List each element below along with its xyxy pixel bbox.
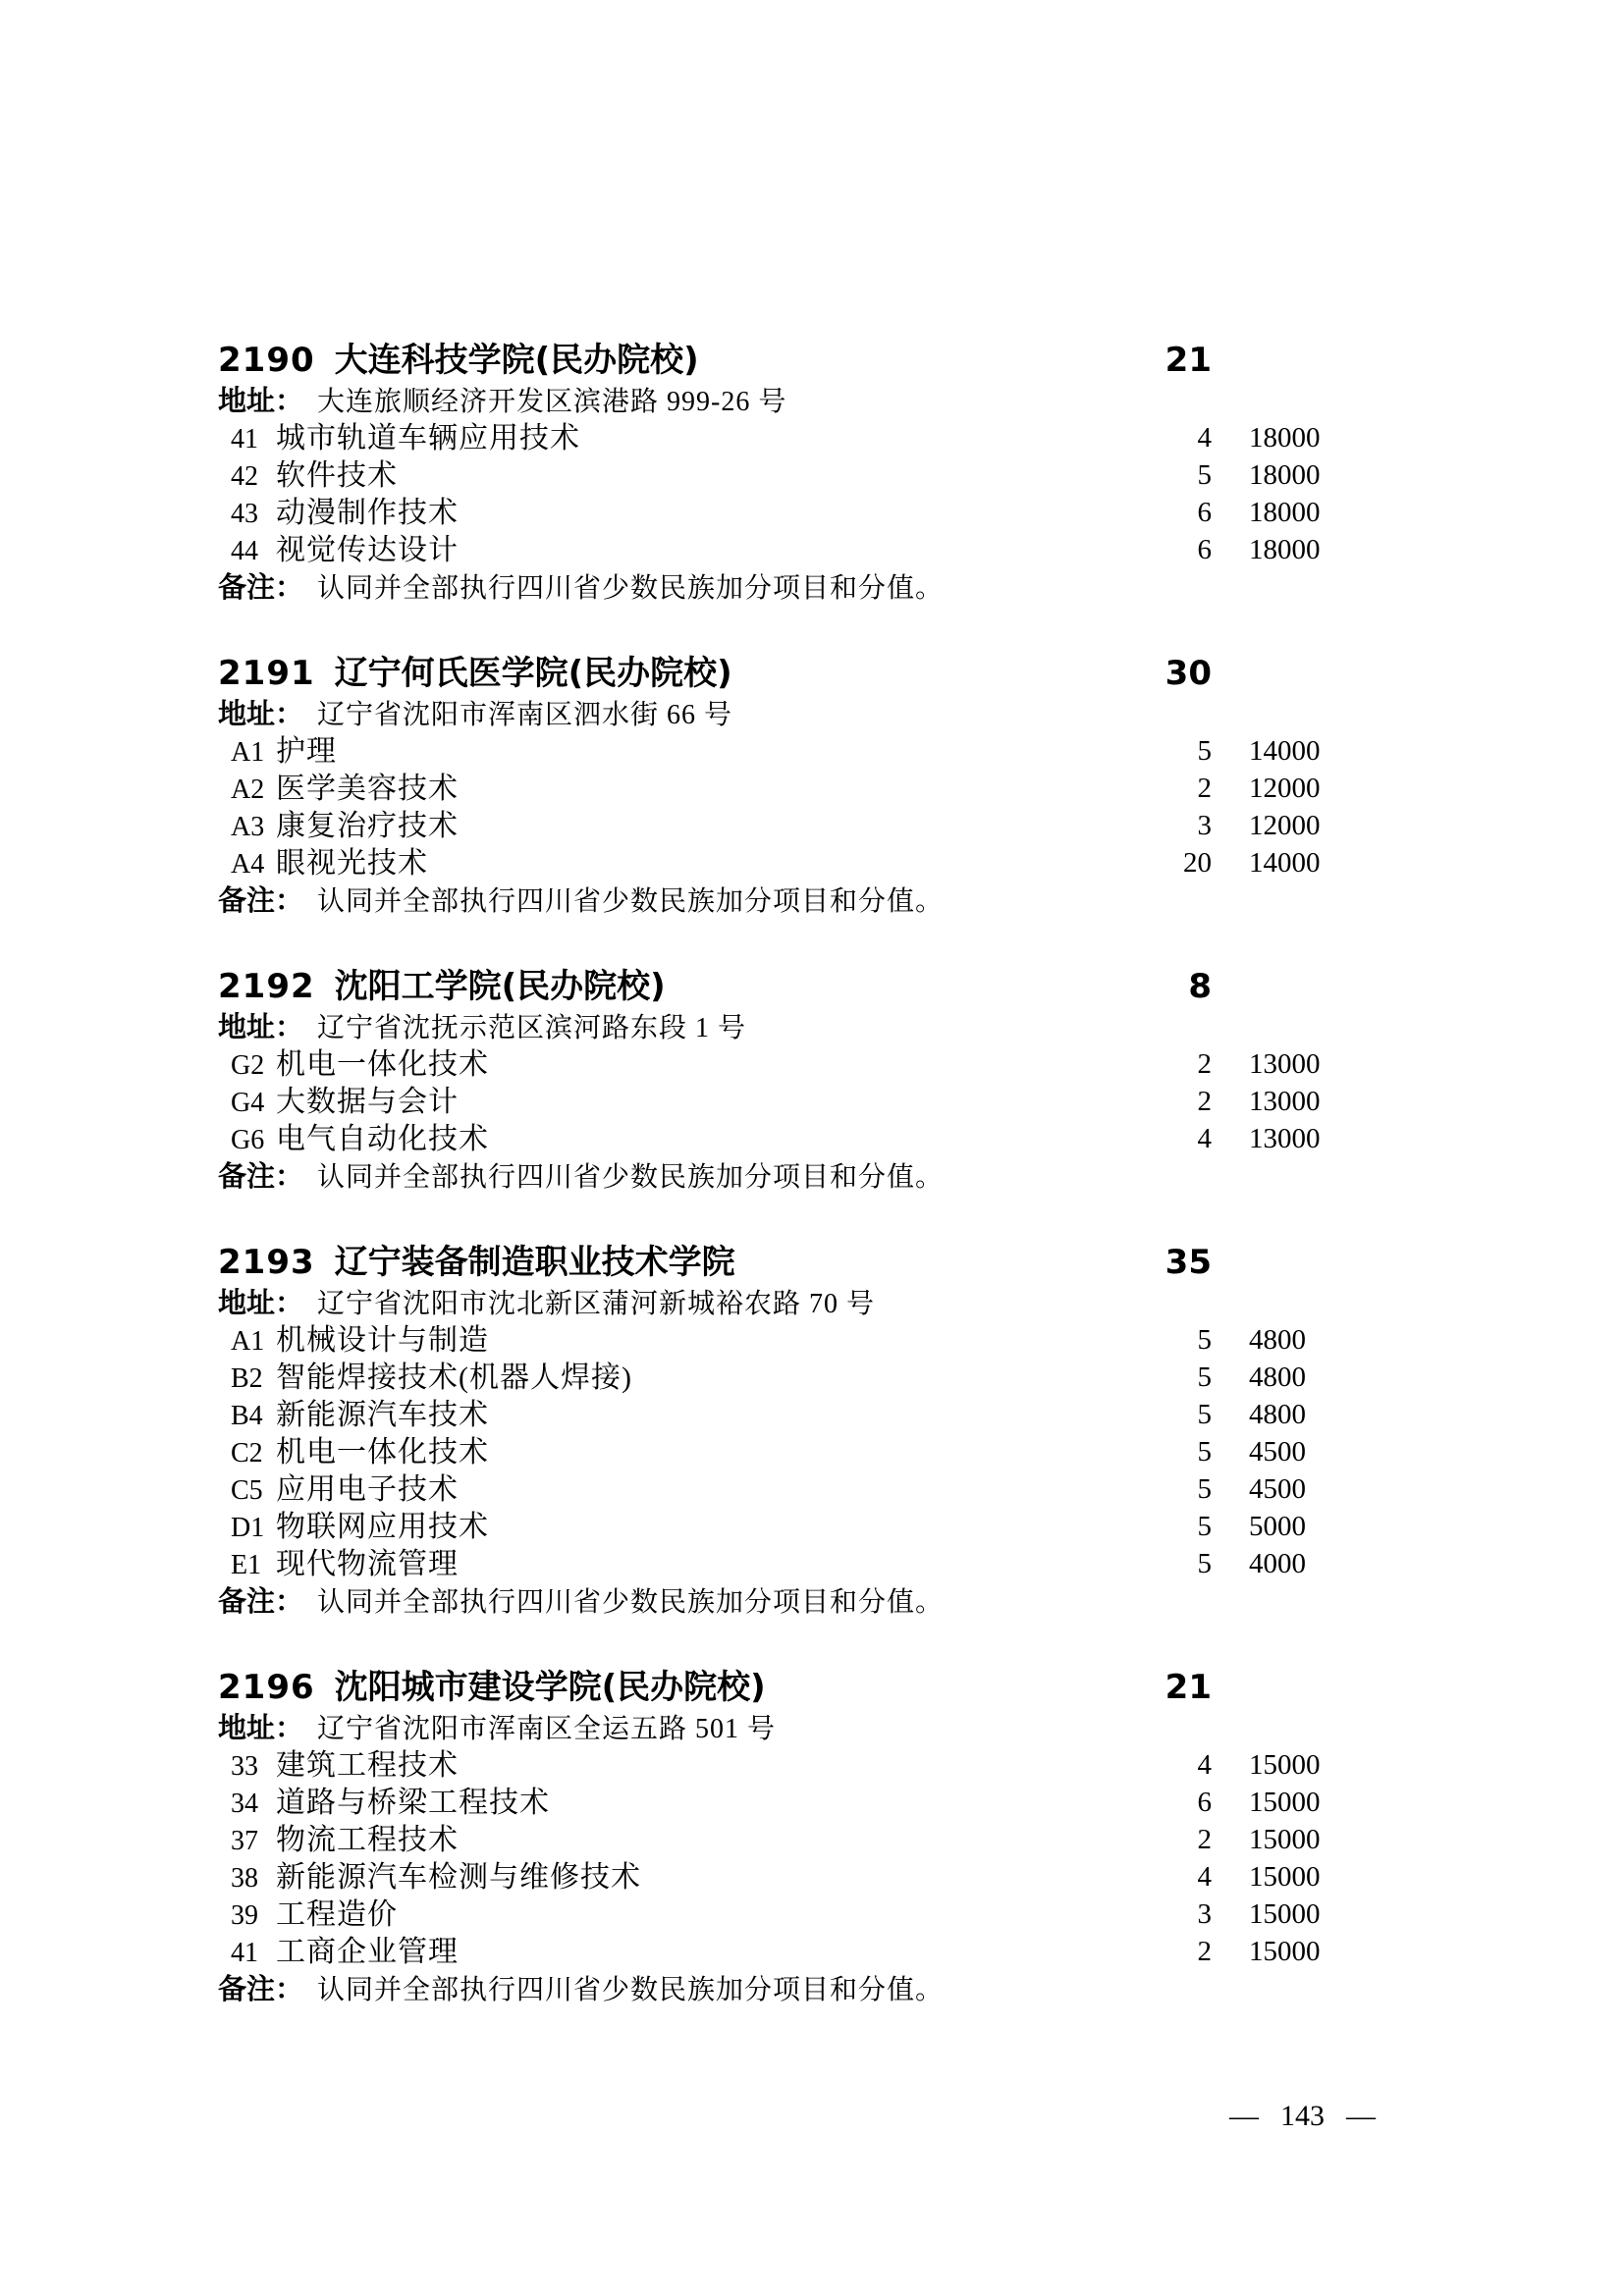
program-code: A1 <box>231 734 276 771</box>
school-name: 大连科技学院(民办院校) <box>335 341 699 380</box>
program-fee: 15000 <box>1249 1934 1321 1970</box>
program-row: B2智能焊接技术(机器人焊接) 5 4800 <box>218 1360 1347 1397</box>
program-list: 41城市轨道车辆应用技术 4 18000 42软件技术 5 18000 43动漫… <box>218 420 1347 569</box>
program-list: G2机电一体化技术 2 13000 G4大数据与会计 2 13000 G6电气自… <box>218 1046 1347 1158</box>
school-code: 2193 <box>218 1243 315 1282</box>
program-name: 道路与桥梁工程技术 <box>276 1787 550 1819</box>
page-number: 143 <box>1280 2099 1325 2134</box>
program-fee: 18000 <box>1249 532 1321 568</box>
program-code: C5 <box>231 1472 276 1509</box>
program-name: 医学美容技术 <box>276 773 459 805</box>
program-row: 44视觉传达设计 6 18000 <box>218 532 1347 569</box>
page-content: 2190大连科技学院(民办院校) 21 地址：大连旅顺经济开发区滨港路 999-… <box>218 339 1347 2054</box>
program-name: 机械设计与制造 <box>276 1324 489 1357</box>
program-row: A2医学美容技术 2 12000 <box>218 771 1347 808</box>
program-fee: 4500 <box>1249 1434 1306 1470</box>
program-quota: 2 <box>1138 1084 1212 1120</box>
program-fee: 13000 <box>1249 1121 1321 1157</box>
address-text: 辽宁省沈阳市沈北新区蒲河新城裕农路 70 号 <box>317 1289 875 1319</box>
school-address-row: 地址：辽宁省沈阳市浑南区泗水街 66 号 <box>218 696 1347 733</box>
school-block: 2193辽宁装备制造职业技术学院 35 地址：辽宁省沈阳市沈北新区蒲河新城裕农路… <box>218 1241 1347 1621</box>
page-footer: — 143 — <box>1229 2099 1376 2134</box>
school-block: 2192沈阳工学院(民办院校) 8 地址：辽宁省沈抚示范区滨河路东段 1 号 G… <box>218 965 1347 1196</box>
program-fee: 18000 <box>1249 420 1321 456</box>
note-label: 备注： <box>218 1972 303 2005</box>
program-name: 工商企业管理 <box>276 1936 459 1968</box>
school-title-row: 2190大连科技学院(民办院校) 21 <box>218 339 1347 383</box>
school-note-row: 备注：认同并全部执行四川省少数民族加分项目和分值。 <box>218 569 1347 607</box>
program-fee: 4800 <box>1249 1397 1306 1433</box>
program-row: C2机电一体化技术 5 4500 <box>218 1434 1347 1471</box>
program-name: 电气自动化技术 <box>276 1123 489 1155</box>
program-row: 34道路与桥梁工程技术 6 15000 <box>218 1785 1347 1822</box>
school-name: 辽宁何氏医学院(民办院校) <box>335 654 732 693</box>
school-plan-count: 8 <box>1131 965 1212 1009</box>
program-code: 37 <box>231 1823 276 1859</box>
program-quota: 4 <box>1138 1859 1212 1896</box>
program-quota: 5 <box>1138 1360 1212 1396</box>
program-quota: 2 <box>1138 1046 1212 1083</box>
program-code: 43 <box>231 496 276 532</box>
program-name: 新能源汽车检测与维修技术 <box>276 1861 641 1894</box>
program-fee: 15000 <box>1249 1896 1321 1933</box>
program-fee: 18000 <box>1249 495 1321 531</box>
program-row: E1现代物流管理 5 4000 <box>218 1546 1347 1583</box>
program-name: 城市轨道车辆应用技术 <box>276 422 580 454</box>
program-row: B4新能源汽车技术 5 4800 <box>218 1397 1347 1434</box>
program-row: G2机电一体化技术 2 13000 <box>218 1046 1347 1084</box>
program-code: 34 <box>231 1786 276 1822</box>
school-plan-count: 21 <box>1131 1666 1212 1710</box>
school-block: 2190大连科技学院(民办院校) 21 地址：大连旅顺经济开发区滨港路 999-… <box>218 339 1347 607</box>
program-row: 39工程造价 3 15000 <box>218 1896 1347 1934</box>
program-code: 41 <box>231 1935 276 1971</box>
program-quota: 4 <box>1138 1121 1212 1157</box>
program-name: 新能源汽车技术 <box>276 1399 489 1431</box>
note-label: 备注： <box>218 1159 303 1193</box>
program-code: 33 <box>231 1748 276 1785</box>
address-text: 辽宁省沈阳市浑南区泗水街 66 号 <box>317 700 732 730</box>
program-quota: 2 <box>1138 1934 1212 1970</box>
program-name: 视觉传达设计 <box>276 534 459 566</box>
program-code: G4 <box>231 1085 276 1121</box>
program-quota: 5 <box>1138 1509 1212 1545</box>
program-code: D1 <box>231 1510 276 1546</box>
address-label: 地址： <box>218 697 303 730</box>
school-title-row: 2196沈阳城市建设学院(民办院校) 21 <box>218 1666 1347 1710</box>
school-address-row: 地址：大连旅顺经济开发区滨港路 999-26 号 <box>218 383 1347 420</box>
school-title-row: 2192沈阳工学院(民办院校) 8 <box>218 965 1347 1009</box>
school-code: 2192 <box>218 967 315 1006</box>
program-fee: 12000 <box>1249 771 1321 807</box>
program-name: 眼视光技术 <box>276 847 428 880</box>
footer-dash-right: — <box>1346 2099 1376 2134</box>
program-fee: 14000 <box>1249 733 1321 770</box>
program-row: 41城市轨道车辆应用技术 4 18000 <box>218 420 1347 457</box>
school-plan-count: 30 <box>1131 652 1212 696</box>
program-quota: 5 <box>1138 1397 1212 1433</box>
program-code: A4 <box>231 846 276 882</box>
address-text: 大连旅顺经济开发区滨港路 999-26 号 <box>317 387 786 417</box>
program-code: A1 <box>231 1323 276 1360</box>
program-fee: 4800 <box>1249 1322 1306 1359</box>
program-fee: 4000 <box>1249 1546 1306 1582</box>
program-name: 康复治疗技术 <box>276 810 459 842</box>
program-list: 33建筑工程技术 4 15000 34道路与桥梁工程技术 6 15000 37物… <box>218 1747 1347 1971</box>
school-plan-count: 21 <box>1131 339 1212 383</box>
school-address-row: 地址：辽宁省沈阳市浑南区全运五路 501 号 <box>218 1710 1347 1747</box>
program-fee: 5000 <box>1249 1509 1306 1545</box>
program-fee: 14000 <box>1249 845 1321 881</box>
note-text: 认同并全部执行四川省少数民族加分项目和分值。 <box>317 1975 944 2005</box>
school-code: 2191 <box>218 654 315 693</box>
school-code: 2190 <box>218 341 315 380</box>
school-block: 2196沈阳城市建设学院(民办院校) 21 地址：辽宁省沈阳市浑南区全运五路 5… <box>218 1666 1347 2008</box>
school-note-row: 备注：认同并全部执行四川省少数民族加分项目和分值。 <box>218 1158 1347 1196</box>
program-code: 38 <box>231 1860 276 1896</box>
address-label: 地址： <box>218 1010 303 1043</box>
program-name: 动漫制作技术 <box>276 497 459 529</box>
address-label: 地址： <box>218 1711 303 1744</box>
program-name: 物联网应用技术 <box>276 1511 489 1543</box>
program-quota: 6 <box>1138 1785 1212 1821</box>
program-name: 应用电子技术 <box>276 1473 459 1506</box>
program-row: C5应用电子技术 5 4500 <box>218 1471 1347 1509</box>
school-plan-count: 35 <box>1131 1241 1212 1285</box>
program-name: 护理 <box>276 735 337 768</box>
school-note-row: 备注：认同并全部执行四川省少数民族加分项目和分值。 <box>218 882 1347 920</box>
program-quota: 5 <box>1138 1471 1212 1508</box>
note-label: 备注： <box>218 1584 303 1618</box>
program-quota: 5 <box>1138 1546 1212 1582</box>
school-name: 沈阳工学院(民办院校) <box>335 967 666 1006</box>
program-code: 44 <box>231 533 276 569</box>
school-name: 沈阳城市建设学院(民办院校) <box>335 1668 766 1707</box>
program-name: 软件技术 <box>276 459 398 492</box>
program-name: 机电一体化技术 <box>276 1436 489 1468</box>
program-quota: 6 <box>1138 495 1212 531</box>
program-fee: 15000 <box>1249 1747 1321 1784</box>
address-label: 地址： <box>218 1286 303 1319</box>
program-fee: 13000 <box>1249 1084 1321 1120</box>
program-fee: 15000 <box>1249 1822 1321 1858</box>
program-list: A1机械设计与制造 5 4800 B2智能焊接技术(机器人焊接) 5 4800 … <box>218 1322 1347 1583</box>
program-fee: 4800 <box>1249 1360 1306 1396</box>
school-note-row: 备注：认同并全部执行四川省少数民族加分项目和分值。 <box>218 1583 1347 1621</box>
program-code: 39 <box>231 1897 276 1934</box>
program-name: 大数据与会计 <box>276 1086 459 1118</box>
program-name: 物流工程技术 <box>276 1824 459 1856</box>
program-row: A1机械设计与制造 5 4800 <box>218 1322 1347 1360</box>
program-quota: 2 <box>1138 1822 1212 1858</box>
program-quota: 2 <box>1138 771 1212 807</box>
program-row: G6电气自动化技术 4 13000 <box>218 1121 1347 1158</box>
note-text: 认同并全部执行四川省少数民族加分项目和分值。 <box>317 573 944 604</box>
program-name: 工程造价 <box>276 1898 398 1931</box>
program-fee: 13000 <box>1249 1046 1321 1083</box>
address-label: 地址： <box>218 384 303 417</box>
program-code: 42 <box>231 458 276 495</box>
school-address-row: 地址：辽宁省沈阳市沈北新区蒲河新城裕农路 70 号 <box>218 1285 1347 1322</box>
program-code: G2 <box>231 1047 276 1084</box>
program-fee: 15000 <box>1249 1859 1321 1896</box>
program-row: D1物联网应用技术 5 5000 <box>218 1509 1347 1546</box>
program-name: 现代物流管理 <box>276 1548 459 1580</box>
program-list: A1护理 5 14000 A2医学美容技术 2 12000 A3康复治疗技术 3… <box>218 733 1347 882</box>
program-row: 41工商企业管理 2 15000 <box>218 1934 1347 1971</box>
school-title-row: 2193辽宁装备制造职业技术学院 35 <box>218 1241 1347 1285</box>
note-label: 备注： <box>218 883 303 917</box>
note-text: 认同并全部执行四川省少数民族加分项目和分值。 <box>317 886 944 917</box>
program-name: 智能焊接技术(机器人焊接) <box>276 1362 632 1394</box>
school-note-row: 备注：认同并全部执行四川省少数民族加分项目和分值。 <box>218 1971 1347 2008</box>
program-row: 43动漫制作技术 6 18000 <box>218 495 1347 532</box>
program-fee: 18000 <box>1249 457 1321 494</box>
program-row: G4大数据与会计 2 13000 <box>218 1084 1347 1121</box>
note-text: 认同并全部执行四川省少数民族加分项目和分值。 <box>317 1587 944 1618</box>
program-quota: 20 <box>1138 845 1212 881</box>
program-name: 机电一体化技术 <box>276 1048 489 1081</box>
program-code: E1 <box>231 1547 276 1583</box>
program-quota: 4 <box>1138 420 1212 456</box>
program-row: 37物流工程技术 2 15000 <box>218 1822 1347 1859</box>
program-fee: 15000 <box>1249 1785 1321 1821</box>
program-code: 41 <box>231 421 276 457</box>
program-row: A4眼视光技术 20 14000 <box>218 845 1347 882</box>
program-row: A3康复治疗技术 3 12000 <box>218 808 1347 845</box>
program-row: 38新能源汽车检测与维修技术 4 15000 <box>218 1859 1347 1896</box>
program-row: 42软件技术 5 18000 <box>218 457 1347 495</box>
address-text: 辽宁省沈抚示范区滨河路东段 1 号 <box>317 1013 746 1043</box>
school-block: 2191辽宁何氏医学院(民办院校) 30 地址：辽宁省沈阳市浑南区泗水街 66 … <box>218 652 1347 920</box>
program-row: 33建筑工程技术 4 15000 <box>218 1747 1347 1785</box>
program-fee: 4500 <box>1249 1471 1306 1508</box>
school-code: 2196 <box>218 1668 315 1707</box>
program-code: G6 <box>231 1122 276 1158</box>
program-code: B2 <box>231 1361 276 1397</box>
program-quota: 5 <box>1138 1434 1212 1470</box>
school-title-row: 2191辽宁何氏医学院(民办院校) 30 <box>218 652 1347 696</box>
program-fee: 12000 <box>1249 808 1321 844</box>
note-label: 备注： <box>218 570 303 604</box>
address-text: 辽宁省沈阳市浑南区全运五路 501 号 <box>317 1714 776 1744</box>
program-code: A3 <box>231 809 276 845</box>
program-quota: 6 <box>1138 532 1212 568</box>
program-quota: 5 <box>1138 457 1212 494</box>
school-name: 辽宁装备制造职业技术学院 <box>335 1243 735 1282</box>
program-row: A1护理 5 14000 <box>218 733 1347 771</box>
program-code: A2 <box>231 772 276 808</box>
school-address-row: 地址：辽宁省沈抚示范区滨河路东段 1 号 <box>218 1009 1347 1046</box>
program-quota: 5 <box>1138 1322 1212 1359</box>
program-quota: 3 <box>1138 1896 1212 1933</box>
program-name: 建筑工程技术 <box>276 1749 459 1782</box>
program-quota: 4 <box>1138 1747 1212 1784</box>
program-quota: 3 <box>1138 808 1212 844</box>
program-quota: 5 <box>1138 733 1212 770</box>
program-code: C2 <box>231 1435 276 1471</box>
program-code: B4 <box>231 1398 276 1434</box>
document-page: { "labels": { "address": "地址：", "note": … <box>0 0 1624 2296</box>
footer-dash-left: — <box>1229 2099 1259 2134</box>
note-text: 认同并全部执行四川省少数民族加分项目和分值。 <box>317 1162 944 1193</box>
